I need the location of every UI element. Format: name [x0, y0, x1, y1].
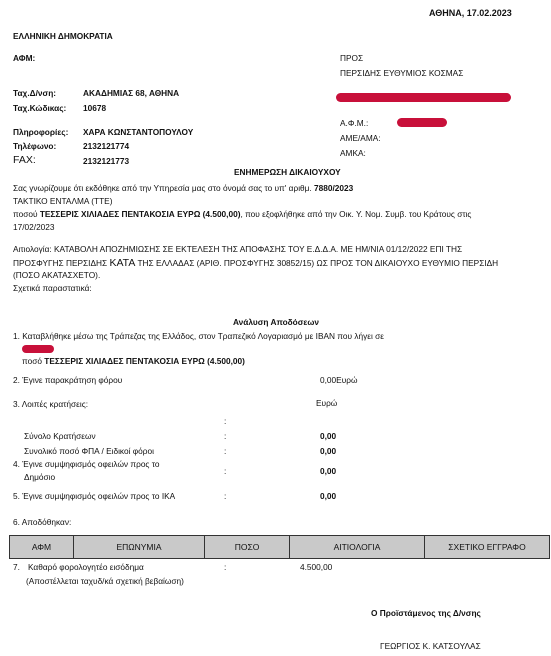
colon: : [224, 491, 226, 501]
recipient-afm-label: Α.Φ.Μ.: [340, 118, 368, 128]
reason-label: Αιτιολογία: [13, 244, 54, 254]
colon: : [224, 466, 226, 476]
related-docs-label: Σχετικά παραστατικά: [13, 283, 92, 293]
item-2-unit: Ευρώ [336, 375, 357, 385]
republic-heading: ΕΛΛΗΝΙΚΗ ΔΗΜΟΚΡΑΤΙΑ [13, 31, 113, 41]
notice-line-2: ΤΑΚΤΙΚΟ ΕΝΤΑΛΜΑ (ΤΤΕ) [13, 196, 112, 206]
reason-line-1: Αιτιολογία: ΚΑΤΑΒΟΛΗ ΑΠΟΖΗΜΙΩΣΗΣ ΣΕ ΕΚΤΕ… [13, 244, 462, 254]
phone-label: Τηλέφωνο: [13, 141, 56, 151]
item-4-value: 0,00 [320, 466, 336, 476]
item-4-label-1: 4. Έγινε συμψηφισμός οφειλών προς το [13, 459, 160, 469]
notice-line-1: Σας γνωρίζουμε ότι εκδόθηκε από την Υπηρ… [13, 183, 353, 193]
item-5-label: 5. Έγινε συμψηφισμός οφειλών προς το ΙΚΑ [13, 491, 175, 501]
info-value: ΧΑΡΑ ΚΩΝΣΤΑΝΤΟΠΟΥΛΟΥ [83, 127, 193, 137]
col-amount: ΠΟΣΟ [205, 536, 290, 559]
signature-name: ΓΕΩΡΓΙΟΣ Κ. ΚΑΤΣΟΥΛΑΣ [380, 641, 481, 651]
vat-value: 0,00 [320, 446, 336, 456]
address-label: Ταχ.Δ/νση: [13, 88, 56, 98]
item-3-unit: Ευρώ [316, 398, 337, 408]
fax-value: 2132121773 [83, 156, 129, 166]
reason-line-2: ΠΡΟΣΦΥΓΗΣ ΠΕΡΣΙΔΗΣ ΚΑΤΑ ΤΗΣ ΕΛΛΑΔΑΣ (ΑΡΙ… [13, 257, 498, 269]
col-reason: ΑΙΤΙΟΛΟΓΙΑ [290, 536, 425, 559]
issuer-afm-label: ΑΦΜ: [13, 53, 35, 63]
phone-value: 2132121774 [83, 141, 129, 151]
reason-text-2a: ΠΡΟΣΦΥΓΗΣ ΠΕΡΣΙΔΗΣ [13, 258, 109, 268]
postcode-value: 10678 [83, 103, 106, 113]
table-header-row: ΑΦΜ ΕΠΩΝΥΜΙΑ ΠΟΣΟ ΑΙΤΙΟΛΟΓΙΑ ΣΧΕΤΙΚΟ ΕΓΓ… [10, 536, 550, 559]
place-date: ΑΘΗΝΑ, 17.02.2023 [429, 8, 512, 18]
notice-amount: ΤΕΣΣΕΡΙΣ ΧΙΛΙΑΔΕΣ ΠΕΝΤΑΚΟΣΙΑ ΕΥΡΩ (4.500… [40, 209, 241, 219]
payees-table: ΑΦΜ ΕΠΩΝΥΜΙΑ ΠΟΣΟ ΑΙΤΙΟΛΟΓΙΑ ΣΧΕΤΙΚΟ ΕΓΓ… [9, 535, 550, 559]
item-1-text: 1. Καταβλήθηκε μέσω της Τράπεζας της Ελλ… [13, 331, 384, 341]
recipient-amka-label: ΑΜΚΑ: [340, 148, 366, 158]
info-label: Πληροφορίες: [13, 127, 68, 137]
notice-title: ΕΝΗΜΕΡΩΣΗ ΔΙΚΑΙΟΥΧΟΥ [234, 167, 341, 177]
colon: : [224, 562, 226, 572]
item-3-label: 3. Λοιπές κρατήσεις: [13, 399, 88, 409]
item-2-label: 2. Έγινε παρακράτηση φόρου [13, 375, 122, 385]
redacted-address [336, 93, 511, 102]
total-deductions-value: 0,00 [320, 431, 336, 441]
postcode-label: Ταχ.Κώδικας: [13, 103, 66, 113]
reason-line-3: (ΠΟΣΟ ΑΚΑΤΑΣΧΕΤΟ). [13, 270, 100, 280]
col-related-doc: ΣΧΕΤΙΚΟ ΕΓΓΡΑΦΟ [425, 536, 550, 559]
notice-line-3-prefix: ποσού [13, 209, 40, 219]
col-name: ΕΠΩΝΥΜΙΑ [74, 536, 205, 559]
warrant-number: 7880/2023 [314, 183, 353, 193]
item-1-amount-line: ποσό ΤΕΣΣΕΡΙΣ ΧΙΛΙΑΔΕΣ ΠΕΝΤΑΚΟΣΙΑ ΕΥΡΩ (… [22, 356, 245, 366]
item-2-value: 0,00Ευρώ [320, 375, 357, 385]
reason-text-2c: ΤΗΣ ΕΛΛΑΔΑΣ (ΑΡΙΘ. ΠΡΟΣΦΥΓΗΣ 30852/15) Ω… [135, 258, 498, 268]
analysis-title: Ανάλυση Αποδόσεων [233, 317, 319, 327]
item-7-num: 7. [13, 562, 20, 572]
vat-label: Συνολικό ποσό ΦΠΑ / Ειδικοί φόροι [24, 446, 154, 456]
redacted-iban [22, 345, 54, 353]
item-7-value: 4.500,00 [300, 562, 332, 572]
recipient-name: ΠΕΡΣΙΔΗΣ ΕΥΘΥΜΙΟΣ ΚΟΣΜΑΣ [340, 68, 463, 78]
item-6-label: 6. Αποδόθηκαν: [13, 517, 71, 527]
item-7-label: Καθαρό φορολογητέο εισόδημα [28, 562, 144, 572]
total-deductions-label: Σύνολο Κρατήσεων [24, 431, 96, 441]
notice-line-3-suffix: , που εξοφλήθηκε από την Οικ. Υ. Νομ. Συ… [240, 209, 471, 219]
item-2-amount: 0,00 [320, 375, 336, 385]
colon: : [224, 431, 226, 441]
item-1-amount: ΤΕΣΣΕΡΙΣ ΧΙΛΙΑΔΕΣ ΠΕΝΤΑΚΟΣΙΑ ΕΥΡΩ (4.500… [44, 356, 245, 366]
fax-label: FAX: [13, 154, 36, 166]
notice-line-1-text: Σας γνωρίζουμε ότι εκδόθηκε από την Υπηρ… [13, 183, 314, 193]
item-3-colon: : [224, 416, 226, 426]
item-5-value: 0,00 [320, 491, 336, 501]
item-1-amount-prefix: ποσό [22, 356, 44, 366]
reason-text-2b: ΚΑΤΑ [109, 257, 135, 269]
notice-line-3: ποσού ΤΕΣΣΕΡΙΣ ΧΙΛΙΑΔΕΣ ΠΕΝΤΑΚΟΣΙΑ ΕΥΡΩ … [13, 209, 471, 219]
address-value: ΑΚΑΔΗΜΙΑΣ 68, ΑΘΗΝΑ [83, 88, 179, 98]
colon: : [224, 446, 226, 456]
signature-role: Ο Προϊστάμενος της Δ/νσης [371, 608, 481, 618]
recipient-ame-label: ΑΜΕ/ΑΜΑ: [340, 133, 381, 143]
recipient-to-label: ΠΡΟΣ [340, 53, 363, 63]
reason-text-1: ΚΑΤΑΒΟΛΗ ΑΠΟΖΗΜΙΩΣΗΣ ΣΕ ΕΚΤΕΛΕΣΗ ΤΗΣ ΑΠΟ… [54, 244, 462, 254]
col-afm: ΑΦΜ [10, 536, 74, 559]
item-7-note: (Αποστέλλεται ταχυδ/κά σχετική βεβαίωση) [26, 576, 184, 586]
redacted-afm [397, 118, 447, 127]
notice-line-4: 17/02/2023 [13, 222, 55, 232]
item-4-label-2: Δημόσιο [24, 472, 55, 482]
